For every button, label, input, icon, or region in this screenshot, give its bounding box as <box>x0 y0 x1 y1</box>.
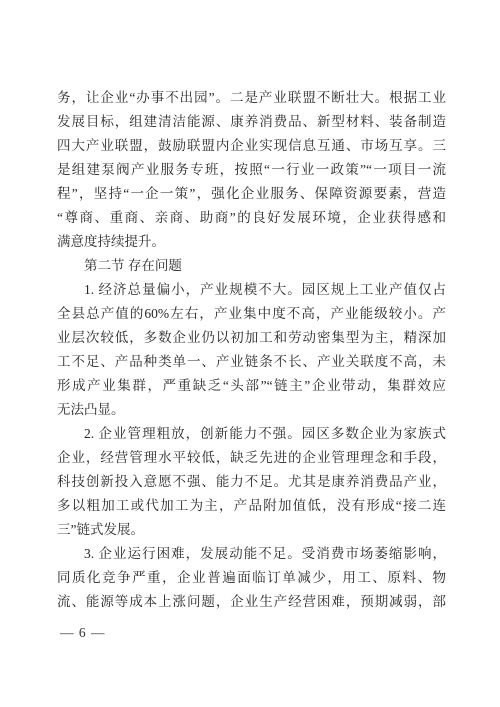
text-line: 程”，坚持“一企一策”，强化企业服务、保障资源要素，营造 <box>57 182 446 206</box>
text-line: 2. 企业管理粗放，创新能力不强。园区多数企业为家族式 <box>57 422 446 446</box>
text-line: 工不足、产品种类单一、产业链条不长、产业关联度不高，未 <box>57 350 446 374</box>
text-line: 是组建泵阀产业服务专班，按照“一行业一政策”“一项目一流 <box>57 158 446 182</box>
text-line: 四大产业联盟，鼓励联盟内企业实现信息互通、市场互享。三 <box>57 134 446 158</box>
text-line: 3. 企业运行困难，发展动能不足。受消费市场萎缩影响， <box>57 542 446 566</box>
text-line: 第二节 存在问题 <box>57 254 446 278</box>
text-line: 全县总产值的60%左右，产业集中度不高，产业能级较小。产 <box>57 302 446 326</box>
body-text: 务，让企业“办事不出园”。二是产业联盟不断壮大。根据工业发展目标，组建清洁能源、… <box>57 86 446 614</box>
text-line: 多以粗加工或代加工为主，产品附加值低，没有形成“接二连 <box>57 494 446 518</box>
text-line: 业层次较低，多数企业仍以初加工和劳动密集型为主，精深加 <box>57 326 446 350</box>
text-line: 发展目标，组建清洁能源、康养消费品、新型材料、装备制造 <box>57 110 446 134</box>
text-line: 同质化竞争严重，企业普遍面临订单减少，用工、原料、物 <box>57 566 446 590</box>
text-line: 1. 经济总量偏小，产业规模不大。园区规上工业产值仅占 <box>57 278 446 302</box>
text-line: 形成产业集群，严重缺乏“头部”“链主”企业带动，集群效应 <box>57 374 446 398</box>
text-line: 无法凸显。 <box>57 398 446 422</box>
text-line: 流、能源等成本上涨问题，企业生产经营困难，预期减弱，部 <box>57 590 446 614</box>
document-page: 务，让企业“办事不出园”。二是产业联盟不断壮大。根据工业发展目标，组建清洁能源、… <box>0 0 500 707</box>
text-line: 满意度持续提升。 <box>57 230 446 254</box>
text-line: 三”链式发展。 <box>57 518 446 542</box>
page-number: — 6 — <box>60 624 106 642</box>
text-line: 科技创新投入意愿不强、能力不足。尤其是康养消费品产业， <box>57 470 446 494</box>
text-line: 企业，经营管理水平较低，缺乏先进的企业管理理念和手段， <box>57 446 446 470</box>
text-line: 务，让企业“办事不出园”。二是产业联盟不断壮大。根据工业 <box>57 86 446 110</box>
text-line: “尊商、重商、亲商、助商”的良好发展环境，企业获得感和 <box>57 206 446 230</box>
